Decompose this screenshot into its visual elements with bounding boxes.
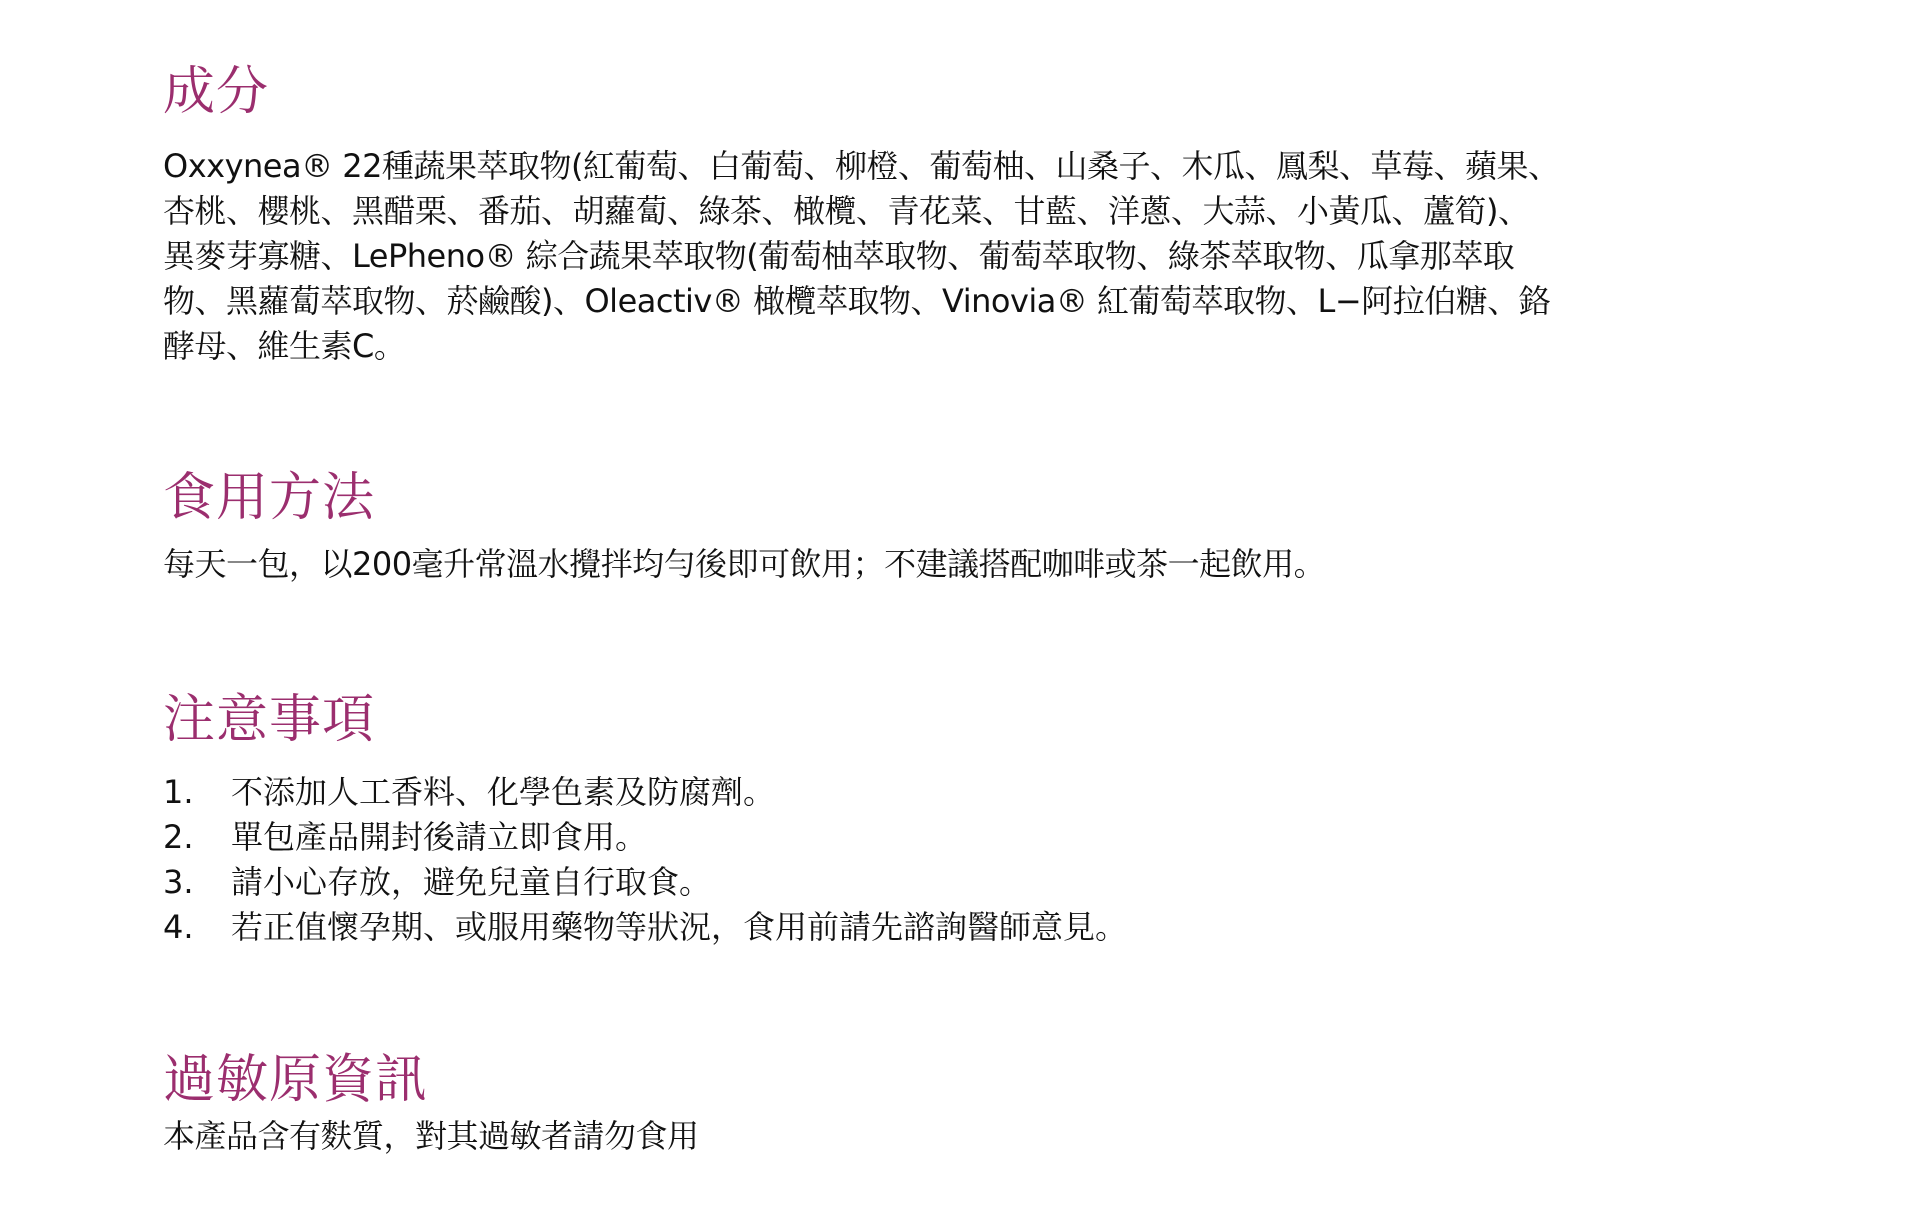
caution-item: 1. 不添加人工香料、化學色素及防腐劑。 [163, 770, 1803, 815]
ingredients-line: 酵母、維生素C。 [163, 324, 1803, 369]
caution-text: 單包產品開封後請立即食用。 [231, 815, 647, 860]
allergen-section: 過敏原資訊 本產品含有麩質，對其過敏者請勿食用 [163, 1050, 1803, 1159]
cautions-heading: 注意事項 [163, 690, 1803, 750]
usage-section: 食用方法 每天一包，以200毫升常溫水攪拌均勻後即可飲用；不建議搭配咖啡或茶一起… [163, 468, 1803, 587]
caution-number: 1. [163, 770, 231, 815]
ingredients-text: Oxxynea® 22種蔬果萃取物(紅葡萄、白葡萄、柳橙、葡萄柚、山桑子、木瓜、… [163, 144, 1803, 369]
ingredients-section: 成分 Oxxynea® 22種蔬果萃取物(紅葡萄、白葡萄、柳橙、葡萄柚、山桑子、… [163, 62, 1803, 369]
cautions-section: 注意事項 1. 不添加人工香料、化學色素及防腐劑。 2. 單包產品開封後請立即食… [163, 690, 1803, 950]
allergen-text: 本產品含有麩質，對其過敏者請勿食用 [163, 1114, 1803, 1159]
usage-heading: 食用方法 [163, 468, 1803, 528]
ingredients-line: Oxxynea® 22種蔬果萃取物(紅葡萄、白葡萄、柳橙、葡萄柚、山桑子、木瓜、… [163, 144, 1803, 189]
caution-text: 請小心存放，避免兒童自行取食。 [231, 860, 711, 905]
ingredients-line: 杏桃、櫻桃、黑醋栗、番茄、胡蘿蔔、綠茶、橄欖、青花菜、甘藍、洋蔥、大蒜、小黃瓜、… [163, 189, 1803, 234]
ingredients-heading: 成分 [163, 62, 1803, 122]
caution-text: 不添加人工香料、化學色素及防腐劑。 [231, 770, 775, 815]
ingredients-line: 異麥芽寡糖、LePheno® 綜合蔬果萃取物(葡萄柚萃取物、葡萄萃取物、綠茶萃取… [163, 234, 1803, 279]
caution-item: 2. 單包產品開封後請立即食用。 [163, 815, 1803, 860]
caution-number: 4. [163, 905, 231, 950]
caution-number: 3. [163, 860, 231, 905]
caution-item: 4. 若正值懷孕期、或服用藥物等狀況，食用前請先諮詢醫師意見。 [163, 905, 1803, 950]
caution-item: 3. 請小心存放，避免兒童自行取食。 [163, 860, 1803, 905]
usage-text: 每天一包，以200毫升常溫水攪拌均勻後即可飲用；不建議搭配咖啡或茶一起飲用。 [163, 542, 1803, 587]
ingredients-line: 物、黑蘿蔔萃取物、菸鹼酸)、Oleactiv® 橄欖萃取物、Vinovia® 紅… [163, 279, 1803, 324]
allergen-heading: 過敏原資訊 [163, 1050, 1803, 1110]
cautions-list: 1. 不添加人工香料、化學色素及防腐劑。 2. 單包產品開封後請立即食用。 3.… [163, 770, 1803, 950]
caution-text: 若正值懷孕期、或服用藥物等狀況，食用前請先諮詢醫師意見。 [231, 905, 1127, 950]
caution-number: 2. [163, 815, 231, 860]
